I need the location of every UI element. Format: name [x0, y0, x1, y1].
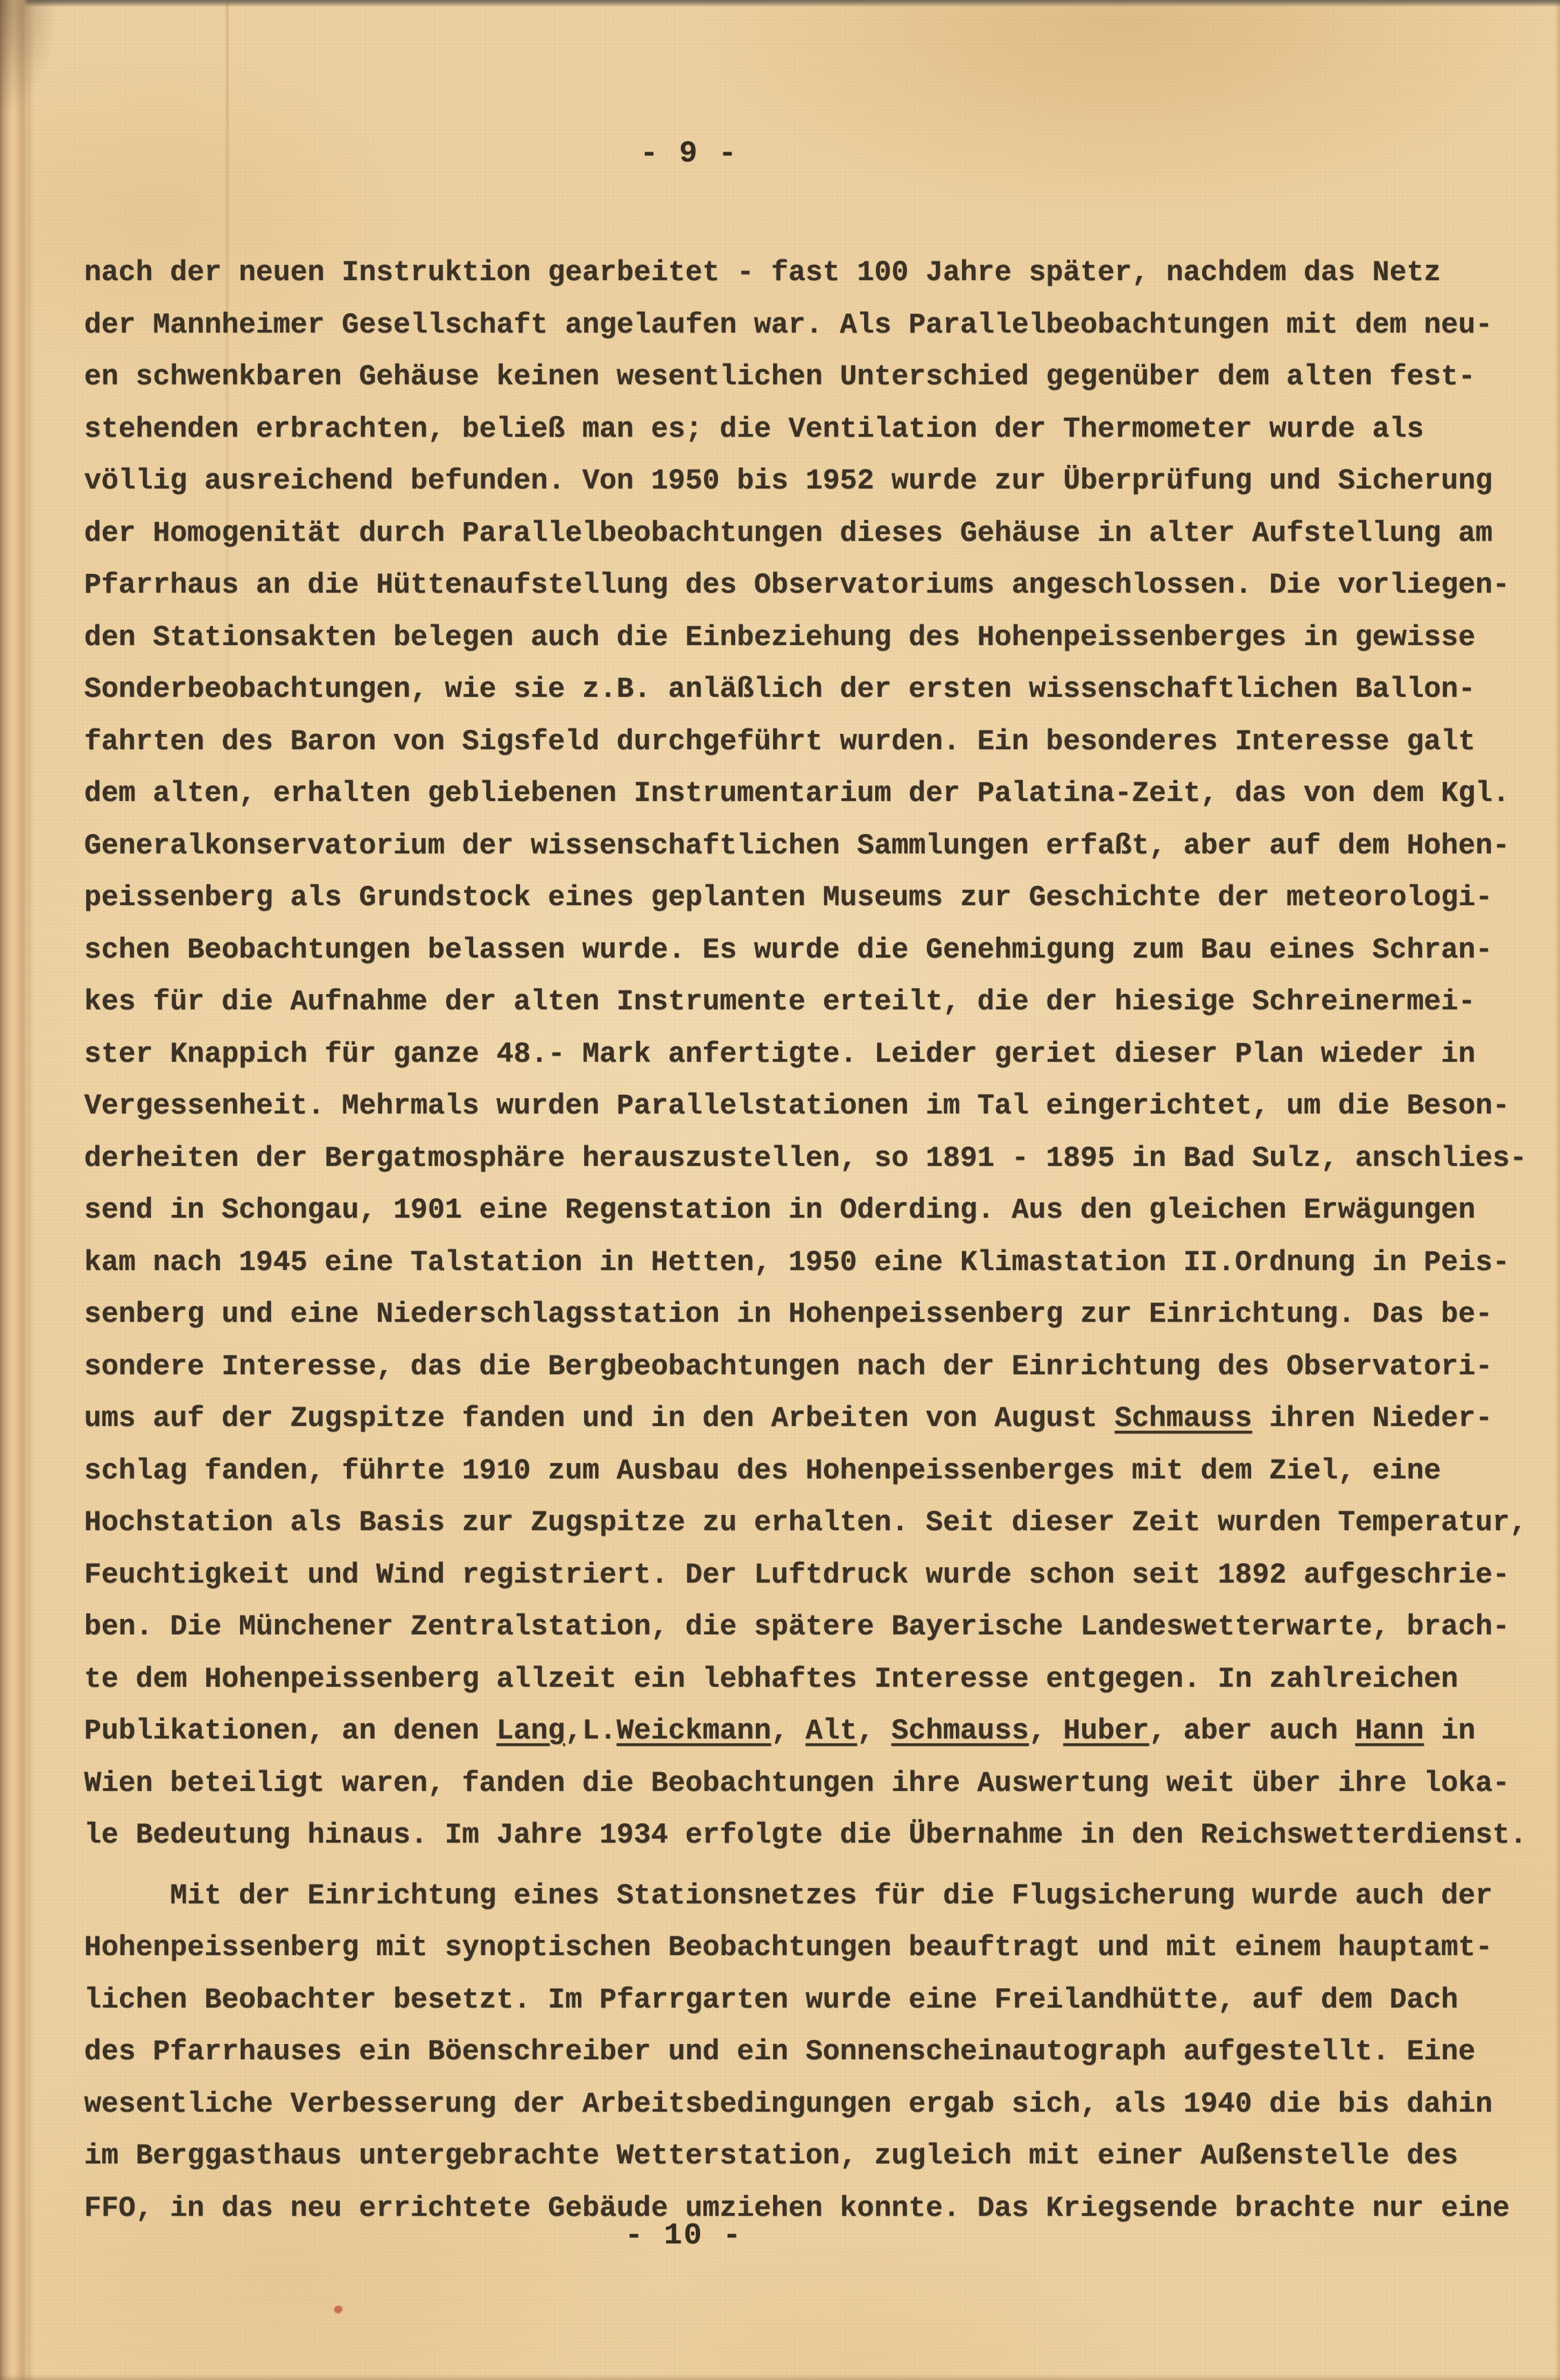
document-text-body: nach der neuen Instruktion gearbeitet - …	[84, 247, 1559, 2234]
text-segment: in	[1424, 1715, 1476, 1747]
text-segment: sondere Interesse, das die Bergbeobachtu…	[84, 1351, 1492, 1383]
text-line: sondere Interesse, das die Bergbeobachtu…	[84, 1341, 1559, 1394]
text-segment: kam nach 1945 eine Talstation in Hetten,…	[84, 1247, 1510, 1279]
text-segment: lichen Beobachter besetzt. Im Pfarrgarte…	[84, 1984, 1458, 2016]
text-segment: peissenberg als Grundstock eines geplant…	[84, 882, 1492, 914]
text-segment: Mit der Einrichtung eines Stationsnetzes…	[84, 1880, 1492, 1912]
text-segment: wesentliche Verbesserung der Arbeitsbedi…	[84, 2088, 1492, 2121]
page-top-edge	[0, 0, 1560, 7]
text-line: völlig ausreichend befunden. Von 1950 bi…	[84, 455, 1559, 508]
text-line: Hohenpeissenberg mit synoptischen Beobac…	[84, 1922, 1559, 1974]
text-segment: senberg und eine Niederschlagsstation in…	[84, 1298, 1492, 1331]
text-line: kam nach 1945 eine Talstation in Hetten,…	[84, 1237, 1559, 1289]
text-segment: Hohenpeissenberg mit synoptischen Beobac…	[84, 1932, 1492, 1964]
text-segment: FFO, in das neu errichtete Gebäude umzie…	[84, 2192, 1510, 2225]
text-segment: schen Beobachtungen belassen wurde. Es w…	[84, 934, 1492, 966]
text-line: en schwenkbaren Gehäuse keinen wesentlic…	[84, 351, 1559, 404]
text-line: schlag fanden, führte 1910 zum Ausbau de…	[84, 1445, 1559, 1498]
text-segment: ,	[857, 1715, 892, 1747]
underlined-name: Schmauss	[892, 1715, 1029, 1747]
text-segment: fahrten des Baron von Sigsfeld durchgefü…	[84, 726, 1475, 758]
text-segment: send in Schongau, 1901 eine Regenstation…	[84, 1194, 1475, 1227]
text-line: le Bedeutung hinaus. Im Jahre 1934 erfol…	[84, 1809, 1559, 1862]
text-segment: te dem Hohenpeissenberg allzeit ein lebh…	[84, 1663, 1458, 1696]
text-segment: ihren Nieder-	[1252, 1402, 1492, 1435]
text-line: den Stationsakten belegen auch die Einbe…	[84, 612, 1559, 664]
text-segment: le Bedeutung hinaus. Im Jahre 1934 erfol…	[84, 1819, 1527, 1852]
text-segment: der Homogenität durch Parallelbeobachtun…	[84, 517, 1492, 550]
text-segment: völlig ausreichend befunden. Von 1950 bi…	[84, 465, 1492, 497]
page-number-bottom: - 10 -	[625, 2219, 742, 2253]
text-line: Publikationen, an denen Lang,L.Weickmann…	[84, 1705, 1559, 1758]
text-line: Pfarrhaus an die Hüttenaufstellung des O…	[84, 559, 1559, 612]
book-spine-edge	[0, 0, 29, 2380]
page-bottom-edge	[0, 2374, 1560, 2380]
text-segment: schlag fanden, führte 1910 zum Ausbau de…	[84, 1455, 1441, 1487]
text-line: nach der neuen Instruktion gearbeitet - …	[84, 247, 1559, 299]
text-line: Hochstation als Basis zur Zugspitze zu e…	[84, 1497, 1559, 1549]
text-line: schen Beobachtungen belassen wurde. Es w…	[84, 924, 1559, 977]
text-line: wesentliche Verbesserung der Arbeitsbedi…	[84, 2079, 1559, 2131]
text-line: ums auf der Zugspitze fanden und in den …	[84, 1393, 1559, 1445]
text-segment: ,L.	[565, 1715, 617, 1747]
scanned-document-page: - 9 - nach der neuen Instruktion gearbei…	[0, 0, 1560, 2380]
text-segment: Wien beteiligt waren, fanden die Beobach…	[84, 1767, 1510, 1800]
text-line: Sonderbeobachtungen, wie sie z.B. anläßl…	[84, 664, 1559, 716]
text-segment: im Berggasthaus untergebrachte Wettersta…	[84, 2140, 1458, 2172]
text-line: der Mannheimer Gesellschaft angelaufen w…	[84, 299, 1559, 352]
text-line: peissenberg als Grundstock eines geplant…	[84, 872, 1559, 924]
text-line: stehenden erbrachten, beließ man es; die…	[84, 404, 1559, 456]
text-segment: Feuchtigkeit und Wind registriert. Der L…	[84, 1559, 1510, 1591]
text-line: Feuchtigkeit und Wind registriert. Der L…	[84, 1549, 1559, 1602]
text-segment: , aber auch	[1149, 1715, 1355, 1747]
left-crease	[28, 0, 34, 2380]
text-segment: den Stationsakten belegen auch die Einbe…	[84, 622, 1475, 654]
text-segment: dem alten, erhalten gebliebenen Instrume…	[84, 777, 1510, 810]
text-line: derheiten der Bergatmosphäre herauszuste…	[84, 1133, 1559, 1185]
text-segment: ben. Die Münchener Zentralstation, die s…	[84, 1611, 1510, 1643]
underlined-name: Weickmann	[617, 1715, 771, 1747]
paragraph: Mit der Einrichtung eines Stationsnetzes…	[84, 1870, 1559, 2235]
page-number-top: - 9 -	[640, 137, 738, 171]
text-line: dem alten, erhalten gebliebenen Instrume…	[84, 768, 1559, 820]
text-segment: Pfarrhaus an die Hüttenaufstellung des O…	[84, 569, 1510, 602]
text-line: fahrten des Baron von Sigsfeld durchgefü…	[84, 716, 1559, 768]
underlined-name: Alt	[806, 1715, 857, 1747]
underlined-name: Schmauss	[1114, 1402, 1252, 1435]
text-line: Mit der Einrichtung eines Stationsnetzes…	[84, 1870, 1559, 1923]
text-line: im Berggasthaus untergebrachte Wettersta…	[84, 2130, 1559, 2183]
text-line: kes für die Aufnahme der alten Instrumen…	[84, 976, 1559, 1029]
text-segment: derheiten der Bergatmosphäre herauszuste…	[84, 1142, 1527, 1175]
red-ink-speck	[334, 2305, 343, 2314]
text-segment: kes für die Aufnahme der alten Instrumen…	[84, 986, 1475, 1018]
text-segment: ster Knappich für ganze 48.- Mark anfert…	[84, 1038, 1475, 1071]
text-line: Wien beteiligt waren, fanden die Beobach…	[84, 1758, 1559, 1810]
text-line: Vergessenheit. Mehrmals wurden Parallels…	[84, 1080, 1559, 1133]
text-line: ben. Die Münchener Zentralstation, die s…	[84, 1601, 1559, 1654]
text-line: der Homogenität durch Parallelbeobachtun…	[84, 508, 1559, 560]
spine-corner-shadow	[0, 0, 83, 179]
text-segment: Hochstation als Basis zur Zugspitze zu e…	[84, 1507, 1527, 1539]
underlined-name: Hann	[1355, 1715, 1424, 1747]
text-segment: ,	[1029, 1715, 1063, 1747]
text-line: send in Schongau, 1901 eine Regenstation…	[84, 1184, 1559, 1237]
text-line: des Pfarrhauses ein Böenschreiber und ei…	[84, 2026, 1559, 2079]
text-line: te dem Hohenpeissenberg allzeit ein lebh…	[84, 1654, 1559, 1706]
text-segment: Publikationen, an denen	[84, 1715, 497, 1747]
text-segment: ums auf der Zugspitze fanden und in den …	[84, 1402, 1114, 1435]
text-segment: des Pfarrhauses ein Böenschreiber und ei…	[84, 2036, 1475, 2068]
text-segment: en schwenkbaren Gehäuse keinen wesentlic…	[84, 361, 1475, 393]
underlined-name: Lang	[497, 1715, 566, 1747]
text-line: senberg und eine Niederschlagsstation in…	[84, 1289, 1559, 1341]
text-segment: Vergessenheit. Mehrmals wurden Parallels…	[84, 1090, 1510, 1122]
text-segment: nach der neuen Instruktion gearbeitet - …	[84, 257, 1441, 289]
text-line: Generalkonservatorium der wissenschaftli…	[84, 820, 1559, 873]
text-segment: Sonderbeobachtungen, wie sie z.B. anläßl…	[84, 673, 1475, 706]
text-segment: stehenden erbrachten, beließ man es; die…	[84, 413, 1424, 446]
text-line: lichen Beobachter besetzt. Im Pfarrgarte…	[84, 1974, 1559, 2027]
paragraph: nach der neuen Instruktion gearbeitet - …	[84, 247, 1559, 1862]
text-segment: Generalkonservatorium der wissenschaftli…	[84, 830, 1510, 862]
text-line: ster Knappich für ganze 48.- Mark anfert…	[84, 1029, 1559, 1081]
underlined-name: Huber	[1063, 1715, 1150, 1747]
text-segment: ,	[771, 1715, 806, 1747]
text-line: FFO, in das neu errichtete Gebäude umzie…	[84, 2183, 1559, 2235]
text-segment: der Mannheimer Gesellschaft angelaufen w…	[84, 309, 1492, 341]
